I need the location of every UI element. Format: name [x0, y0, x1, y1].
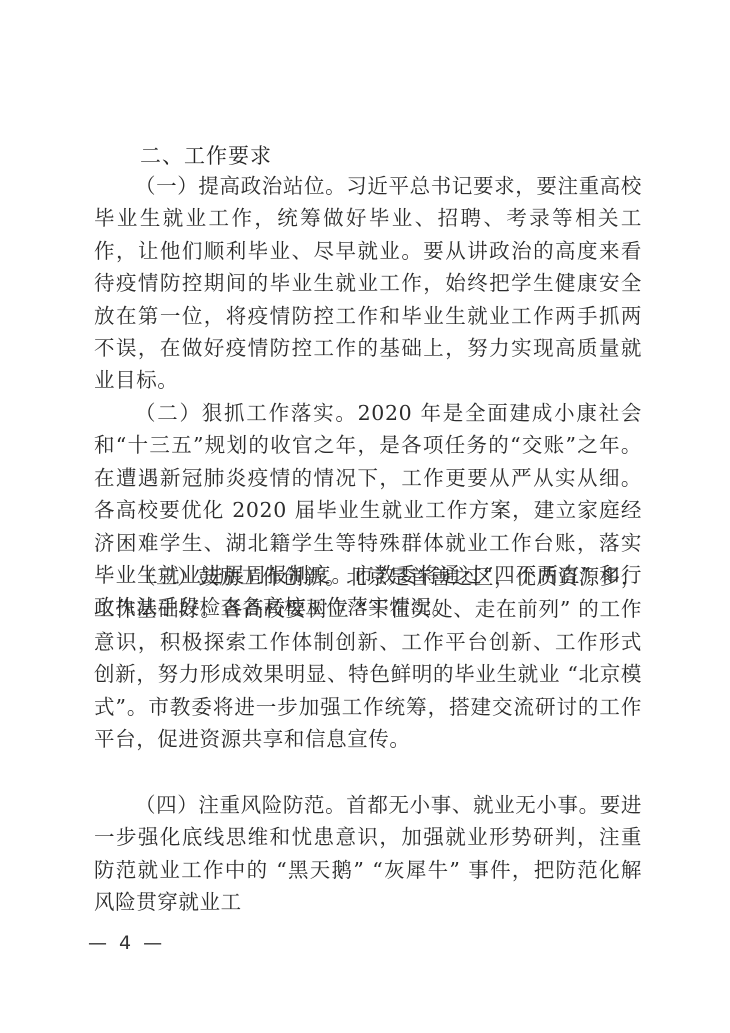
paragraph-risk-prevention: （四）注重风险防范。首都无小事、就业无小事。要进一步强化底线思维和忧患意识，加强…: [94, 789, 642, 919]
section-heading: 二、工作要求: [140, 140, 272, 170]
document-page: 二、工作要求 （一）提高政治站位。习近平总书记要求，要注重高校毕业生就业工作，统…: [0, 0, 730, 1033]
paragraph-text: 北京是首善之区，优质资源多，工作基础好。各高校要树立 “干在实处、走在前列” 的…: [94, 565, 642, 751]
paragraph-text: 习近平总书记要求，要注重高校毕业生就业工作，统筹做好毕业、招聘、考录等相关工作，…: [94, 174, 642, 392]
paragraph-lead: （一）提高政治站位。: [135, 174, 346, 198]
page-number: — 4 —: [88, 932, 165, 954]
paragraph-lead: （三）鼓励工作创新。: [135, 565, 346, 589]
paragraph-lead: （二）狠抓工作落实。: [135, 401, 358, 425]
paragraph-political-stance: （一）提高政治站位。习近平总书记要求，要注重高校毕业生就业工作，统筹做好毕业、招…: [94, 170, 642, 397]
paragraph-innovation: （三）鼓励工作创新。北京是首善之区，优质资源多，工作基础好。各高校要树立 “干在…: [94, 561, 642, 755]
paragraph-lead: （四）注重风险防范。: [135, 793, 346, 817]
